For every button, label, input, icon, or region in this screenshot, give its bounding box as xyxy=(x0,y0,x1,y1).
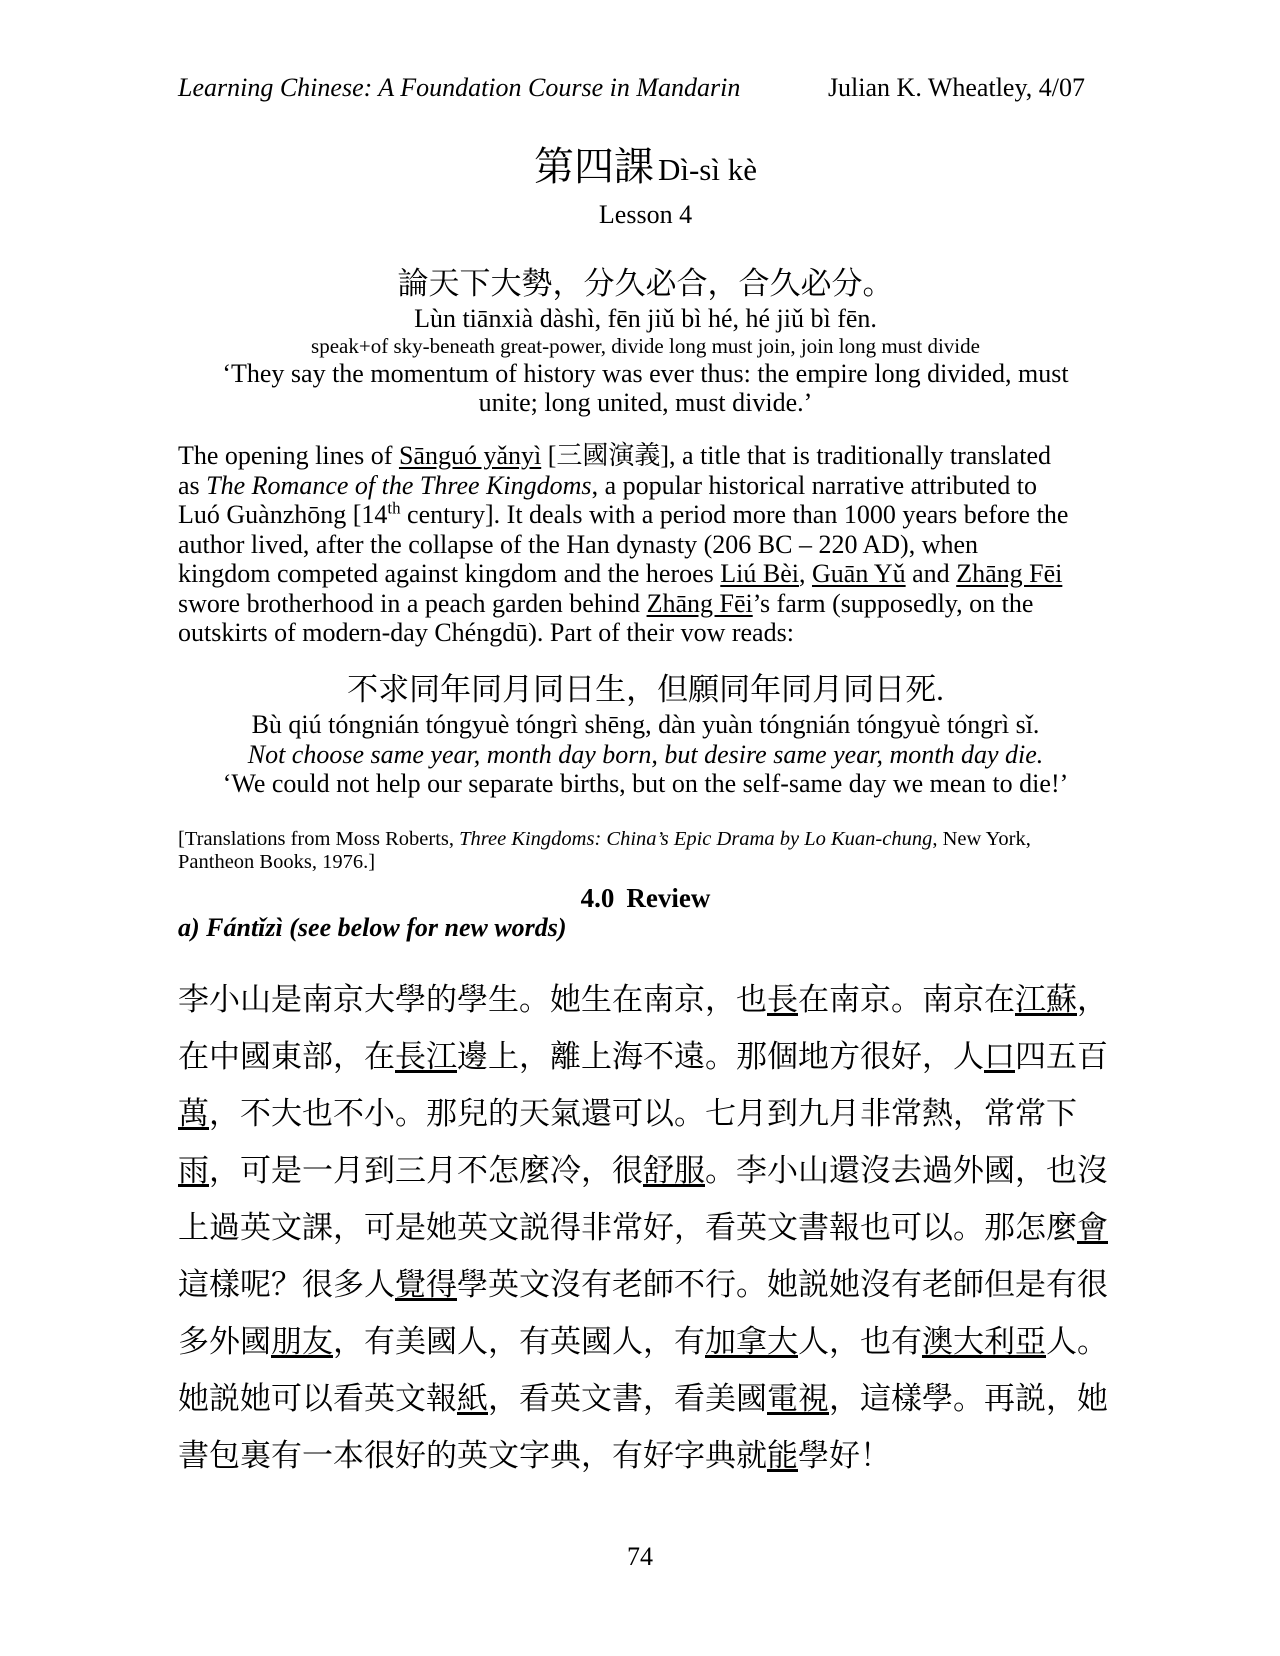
review-subheading: a) Fántǐzì (see below for new words) xyxy=(178,913,1113,943)
vow-translation: ‘We could not help our separate births, … xyxy=(178,769,1113,798)
chinese-text-line: 書包裏有一本很好的英文字典，有好字典就能學好！ xyxy=(178,1424,1113,1481)
chinese-text-line: 李小山是南京大學的學生。她生在南京，也長在南京。南京在江蘇， xyxy=(178,968,1113,1025)
lesson-title: 第四課 Dì-sì kè xyxy=(178,143,1113,200)
intro-paragraph: The opening lines of Sānguó yǎnyì [三國演義]… xyxy=(178,441,1074,648)
epigraph-hanzi: 論天下大勢，分久必合，合久必分。 xyxy=(178,264,1113,304)
section-number: 4.0 xyxy=(581,883,615,913)
epigraph-translation: ‘They say the momentum of history was ev… xyxy=(206,359,1086,417)
lesson-title-block: 第四課 Dì-sì kè Lesson 4 xyxy=(178,143,1113,230)
chinese-text-line: 多外國朋友，有美國人，有英國人，有加拿大人，也有澳大利亞人。 xyxy=(178,1310,1113,1367)
section-title: Review xyxy=(626,883,710,913)
lesson-subtitle: Lesson 4 xyxy=(178,200,1113,230)
course-title: Learning Chinese: A Foundation Course in… xyxy=(178,75,740,101)
epigraph-block: 論天下大勢，分久必合，合久必分。 Lùn tiānxià dàshì, fēn … xyxy=(178,264,1113,417)
author-credit: Julian K. Wheatley, 4/07 xyxy=(828,75,1113,101)
page-header: Learning Chinese: A Foundation Course in… xyxy=(178,75,1113,101)
vow-pinyin: Bù qiú tóngnián tóngyuè tóngrì shēng, dà… xyxy=(178,710,1113,740)
epigraph-pinyin: Lùn tiānxià dàshì, fēn jiǔ bì hé, hé jiǔ… xyxy=(178,304,1113,334)
section-heading-review: 4.0Review xyxy=(178,883,1113,913)
review-chinese-paragraph: 李小山是南京大學的學生。她生在南京，也長在南京。南京在江蘇， 在中國東部，在長江… xyxy=(178,968,1113,1481)
lesson-title-romanized: Dì-sì kè xyxy=(658,152,757,187)
lesson-title-romanized-text: Dì-sì kè xyxy=(658,152,757,187)
lesson-title-hanzi: 第四課 xyxy=(534,144,654,189)
chinese-text-line: 這樣呢？很多人覺得學英文沒有老師不行。她説她沒有老師但是有很 xyxy=(178,1253,1113,1310)
page-number: 74 xyxy=(0,1542,1280,1572)
chinese-text-line: 上過英文課，可是她英文説得非常好，看英文書報也可以。那怎麼會 xyxy=(178,1196,1113,1253)
vow-gloss: Not choose same year, month day born, bu… xyxy=(178,740,1113,769)
chinese-text-line: 萬，不大也不小。那兒的天氣還可以。七月到九月非常熱，常常下 xyxy=(178,1082,1113,1139)
chinese-text-line: 在中國東部，在長江邊上，離上海不遠。那個地方很好，人口四五百 xyxy=(178,1025,1113,1082)
document-page: Learning Chinese: A Foundation Course in… xyxy=(0,0,1280,1656)
vow-hanzi: 不求同年同月同日生，但願同年同月同日死. xyxy=(178,670,1113,710)
chinese-text-line: 雨，可是一月到三月不怎麼冷，很舒服。李小山還沒去過外國，也沒 xyxy=(178,1139,1113,1196)
vow-block: 不求同年同月同日生，但願同年同月同日死. Bù qiú tóngnián tón… xyxy=(178,670,1113,798)
chinese-text-line: 她説她可以看英文報紙，看英文書，看美國電視，這樣學。再説，她 xyxy=(178,1367,1113,1424)
citation-note: [Translations from Moss Roberts, Three K… xyxy=(178,828,1074,875)
epigraph-gloss: speak+of sky-beneath great-power, divide… xyxy=(178,334,1113,359)
